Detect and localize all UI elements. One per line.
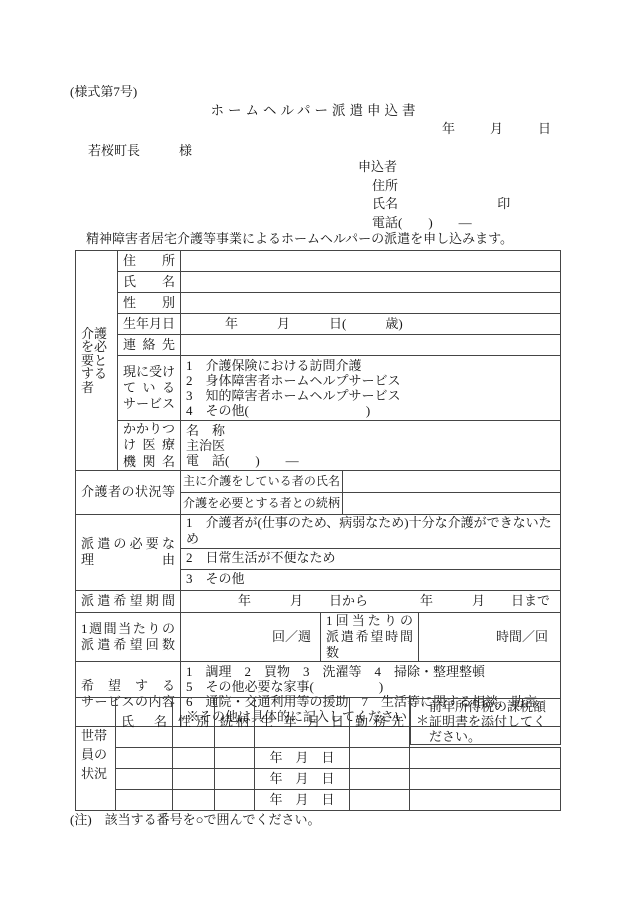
- member-tax-cell: [410, 748, 561, 769]
- recipient-address-label: 住所: [118, 251, 181, 272]
- member-sex-cell: [173, 790, 215, 811]
- service-option: 4 その他( ): [186, 403, 555, 418]
- member-tax-cell: [410, 790, 561, 811]
- care-recipient-group-label: 介護を必要とする者: [81, 327, 109, 395]
- clinic-doctor-label: 主治医: [186, 438, 555, 453]
- member-workplace-cell: [350, 748, 410, 769]
- weekly-count-unit: 回／週: [181, 612, 321, 662]
- household-sex-header: 性別: [173, 698, 215, 748]
- household-row: 年 月 日: [76, 769, 561, 790]
- table-row: 派遣の必要な 理由 1 介護者が(仕事のため、病弱なため)十分な介護ができないた…: [76, 515, 561, 549]
- household-name-header: 氏名: [116, 698, 173, 748]
- recipient-address-value: [181, 251, 561, 272]
- table-row: 派遣希望期間 年 月 日から 年 月 日まで: [76, 590, 561, 612]
- seal-label: 印: [497, 196, 510, 211]
- addressee: 若桜町長 様: [88, 143, 192, 159]
- table-row: 1週間当たりの 派遣希望回数 回／週 1回当たりの 派遣希望時間 数 時間／回: [76, 612, 561, 662]
- recipient-name-value: [181, 272, 561, 293]
- household-relation-header: 続柄: [215, 698, 255, 748]
- date-line: 年 月 日: [442, 121, 554, 137]
- household-group-label-cell: 世帯員の状況: [76, 698, 116, 811]
- member-name-cell: [116, 790, 173, 811]
- table-row: 性別: [76, 293, 561, 314]
- household-workplace-header: 勤務先: [350, 698, 410, 748]
- hours-per-visit-label: 1回当たりの 派遣希望時間 数: [321, 612, 419, 662]
- recipient-birth-label: 生年月日: [118, 314, 181, 335]
- recipient-sex-value: [181, 293, 561, 314]
- clinic-phone-label: 電 話( ) ―: [186, 453, 555, 468]
- household-row: 年 月 日: [76, 790, 561, 811]
- clinic-fields: 名 称 主治医 電 話( ) ―: [181, 421, 561, 471]
- recipient-contact-value: [181, 335, 561, 356]
- member-sex-cell: [173, 769, 215, 790]
- weekly-count-label: 1週間当たりの 派遣希望回数: [76, 612, 181, 662]
- applicant-address-label: 住所: [358, 177, 510, 196]
- household-header-row: 世帯員の状況 氏名 性別 続柄 生年月日 勤務先 ＊ 前年所得税の課税額証明書を…: [76, 698, 561, 748]
- member-workplace-cell: [350, 790, 410, 811]
- household-group-label: 世帯員の状況: [81, 726, 109, 783]
- current-services-options: 1 介護保険における訪問介護 2 身体障害者ホームヘルプサービス 3 知的障害者…: [181, 356, 561, 421]
- reason-option: 3 その他: [181, 569, 561, 590]
- wanted-service-option: 5 その他必要な家事( ): [186, 679, 555, 694]
- table-row: 連絡先: [76, 335, 561, 356]
- recipient-name-label: 氏名: [118, 272, 181, 293]
- member-sex-cell: [173, 748, 215, 769]
- wanted-service-option: 1 調理 2 買物 3 洗濯等 4 掃除・整理整頓: [186, 664, 555, 679]
- member-birth-cell: 年 月 日: [255, 790, 350, 811]
- member-relation-cell: [215, 748, 255, 769]
- current-services-label: 現に受け ている サービス: [118, 356, 181, 421]
- clinic-name-label: 名 称: [186, 423, 555, 438]
- member-name-cell: [116, 748, 173, 769]
- form-number: (様式第7号): [70, 84, 137, 100]
- applicant-name-label: 氏名: [372, 196, 398, 211]
- care-recipient-group-label-cell: 介護を必要とする者: [76, 251, 118, 471]
- reason-option: 2 日常生活が不便なため: [181, 548, 561, 569]
- member-relation-cell: [215, 790, 255, 811]
- form-title: ホームヘルパー派遣申込書: [0, 103, 630, 120]
- applicant-phone-label: 電話( ) ―: [358, 214, 510, 233]
- caregiver-relation-label: 介護を必要とする者との続柄: [181, 493, 343, 515]
- caregiver-group-label: 介護者の状況等: [76, 471, 181, 515]
- dispatch-reason-label: 派遣の必要な 理由: [76, 515, 181, 591]
- household-table: 世帯員の状況 氏名 性別 続柄 生年月日 勤務先 ＊ 前年所得税の課税額証明書を…: [75, 697, 561, 811]
- table-row: 介護者の状況等 主に介護をしている者の氏名: [76, 471, 561, 493]
- member-relation-cell: [215, 769, 255, 790]
- hours-per-visit-unit: 時間／回: [419, 612, 561, 662]
- table-row: 氏名: [76, 272, 561, 293]
- main-caregiver-name-label: 主に介護をしている者の氏名: [181, 471, 343, 493]
- household-row: 年 月 日: [76, 748, 561, 769]
- footnote: (注) 該当する番号を○で囲んでください。: [70, 812, 321, 828]
- caregiver-relation-value: [343, 493, 561, 515]
- recipient-contact-label: 連絡先: [118, 335, 181, 356]
- household-birth-header: 生年月日: [255, 698, 350, 748]
- tax-certificate-note-cell: ＊ 前年所得税の課税額証明書を添付してください。: [410, 698, 561, 745]
- member-tax-cell: [410, 769, 561, 790]
- tax-certificate-note: 前年所得税の課税額証明書を添付してください。: [429, 699, 555, 744]
- service-option: 2 身体障害者ホームヘルプサービス: [186, 373, 555, 388]
- member-birth-cell: 年 月 日: [255, 769, 350, 790]
- table-row: 生年月日 年 月 日( 歳): [76, 314, 561, 335]
- member-workplace-cell: [350, 769, 410, 790]
- main-caregiver-name-value: [343, 471, 561, 493]
- table-row: 介護を必要とする者 住所: [76, 251, 561, 272]
- declaration-sentence: 精神障害者居宅介護等事業によるホームヘルパーの派遣を申し込みます。: [86, 231, 513, 247]
- member-name-cell: [116, 769, 173, 790]
- member-birth-cell: 年 月 日: [255, 748, 350, 769]
- recipient-sex-label: 性別: [118, 293, 181, 314]
- care-recipient-table: 介護を必要とする者 住所 氏名 性別 生年月日 年 月 日( 歳) 連絡先 現に…: [75, 250, 561, 727]
- table-row: かかりつ け医療 機関名 名 称 主治医 電 話( ) ―: [76, 421, 561, 471]
- applicant-block: 申込者 住所 氏名 印 電話( ) ―: [358, 158, 510, 232]
- dispatch-period-value: 年 月 日から 年 月 日まで: [181, 590, 561, 612]
- reason-option: 1 介護者が(仕事のため、病弱なため)十分な介護ができないため: [181, 515, 561, 549]
- clinic-label: かかりつ け医療 機関名: [118, 421, 181, 471]
- applicant-label: 申込者: [358, 158, 510, 177]
- table-row: 現に受け ている サービス 1 介護保険における訪問介護 2 身体障害者ホームヘ…: [76, 356, 561, 421]
- service-option: 3 知的障害者ホームヘルプサービス: [186, 388, 555, 403]
- form-page: (様式第7号) ホームヘルパー派遣申込書 年 月 日 若桜町長 様 申込者 住所…: [0, 0, 630, 915]
- recipient-birth-value: 年 月 日( 歳): [181, 314, 561, 335]
- service-option: 1 介護保険における訪問介護: [186, 358, 555, 373]
- asterisk-mark: ＊: [416, 713, 429, 729]
- dispatch-period-label: 派遣希望期間: [76, 590, 181, 612]
